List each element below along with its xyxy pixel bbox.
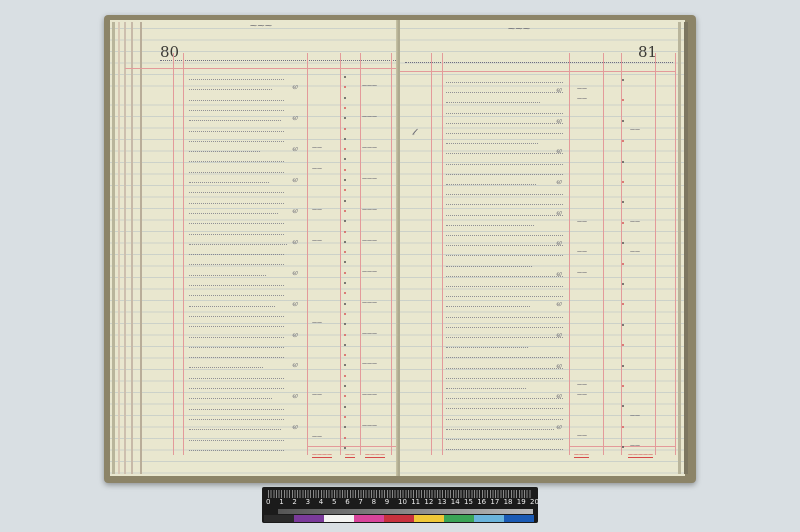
tick-mark [622,181,624,183]
handwritten-line [189,151,260,153]
handwritten-line [446,347,528,349]
header-rule-left [125,68,398,69]
column-rule [340,53,341,455]
tick-mark [344,313,346,315]
handwritten-line [446,368,563,370]
entry-mark: ഗ്ര [556,148,561,154]
tick-mark [344,231,346,233]
handwritten-line [189,316,284,318]
balance-figure: ⁓⁓⁓ [362,145,377,151]
tick-mark [344,447,346,449]
ruler-number: 17 [490,498,499,506]
entry-mark: ഗ്ര [556,393,561,399]
amount-figure: ⁓⁓ [577,96,587,102]
ruler-number: 0 [266,498,270,506]
tick-mark [622,365,624,367]
balance-figure: ⁓⁓⁓ [362,83,377,89]
ruler-number: 4 [319,498,323,506]
column-rule [655,53,656,455]
handwritten-line [446,378,563,380]
entry-mark: ഗ്ര [292,177,297,183]
handwritten-line [189,131,284,133]
running-head-right: ⁓⁓⁓ [508,25,531,33]
page-edge [112,22,115,474]
entry-mark: ഗ്ര [556,301,561,307]
ruler-number: 7 [358,498,362,506]
handwritten-line [189,347,284,349]
handwritten-line [189,172,284,174]
ruler-number: 2 [292,498,296,506]
entry-mark: ഗ്ര [556,271,561,277]
handwritten-line [446,357,563,359]
ruler-number: 19 [517,498,526,506]
handwritten-line [189,89,272,91]
handwritten-line [189,429,281,431]
amount-figure: ⁓⁓ [577,270,587,276]
tick-mark [344,138,346,140]
amount-figure: ⁓⁓ [312,145,322,151]
ruler-number: 8 [372,498,376,506]
tick-mark [622,79,624,81]
page-number-left: 80 [160,43,179,61]
balance-figure: ⁓⁓⁓ [362,176,377,182]
balance-figure: ⁓⁓ [630,249,640,255]
handwritten-line [189,419,284,421]
handwritten-line [446,296,563,298]
handwritten-line [189,367,263,369]
ruler-number: 1 [279,498,283,506]
tick-mark [344,375,346,377]
handwritten-line [446,123,563,125]
entry-mark: ഗ്ര [556,424,561,430]
tick-mark [622,426,624,428]
amount-figure: ⁓⁓ [577,382,587,388]
handwritten-line [446,82,563,84]
handwritten-line [446,429,554,431]
amount-figure: ⁓⁓ [577,249,587,255]
tick-mark [622,161,624,163]
handwritten-line [446,306,530,308]
handwritten-line [446,439,563,441]
entry-mark: ഗ്ര [292,270,297,276]
handwritten-line [189,223,284,225]
ruler-number: 16 [477,498,486,506]
amount-figure: ⁓⁓ [577,219,587,225]
handwritten-line [189,203,284,205]
handwritten-line [189,357,284,359]
ruler-ticks [268,490,532,498]
handwritten-line [446,235,563,237]
color-patch [444,515,474,522]
handwritten-line [189,326,284,328]
amount-figure: ⁓⁓ [312,434,322,440]
handwritten-line [189,295,284,297]
handwritten-line [446,194,563,196]
column-rule [360,53,361,455]
ruler-number: 20 [530,498,539,506]
total-right-2: ⁓⁓⁓⁓⁓ [628,452,653,458]
ruler-number: 5 [332,498,336,506]
handwritten-line [189,141,284,143]
total-rule-left [307,446,398,447]
tick-mark [622,283,624,285]
handwritten-line [189,285,284,287]
page-edge [131,22,133,474]
balance-figure: ⁓⁓ [630,443,640,449]
handwritten-line [446,419,563,421]
balance-figure: ⁓⁓⁓ [362,423,377,429]
tick-mark [344,344,346,346]
total-left-2: ⁓⁓ [345,452,355,458]
handwritten-line [189,337,284,339]
tick-mark [344,179,346,181]
ruler-number: 18 [504,498,513,506]
tick-mark [344,169,346,171]
page-edge [684,22,688,474]
handwritten-line [189,398,272,400]
ruler-number: 11 [411,498,420,506]
amount-figure: ⁓⁓ [312,166,322,172]
handwritten-line [189,275,266,277]
gray-band [278,509,533,514]
tick-mark [622,263,624,265]
tick-mark [622,222,624,224]
handwritten-line [446,286,563,288]
amount-figure: ⁓⁓ [312,207,322,213]
tick-mark [622,324,624,326]
handwritten-line [446,337,563,339]
tick-mark [344,437,346,439]
column-rule [173,53,174,455]
entry-mark: ഗ്ര [292,146,297,152]
column-rule [307,53,308,455]
amount-figure: ⁓⁓ [577,86,587,92]
handwritten-line [189,213,278,215]
column-rule [183,53,184,455]
handwritten-line [189,244,287,246]
handwritten-line [189,161,284,163]
color-patch [504,515,534,522]
handwritten-line [189,409,284,411]
amount-figure: ⁓⁓ [577,433,587,439]
balance-figure: ⁓⁓⁓ [362,114,377,120]
entry-mark: ഗ്ര [556,332,561,338]
page-edge [124,22,126,474]
handwritten-line [446,174,563,176]
tick-mark [344,76,346,78]
handwritten-line [446,225,534,227]
running-head-left: ⁓⁓⁓ [250,22,273,30]
color-patch [264,515,294,522]
handwritten-line [446,164,563,166]
amount-figure: ⁓⁓ [577,392,587,398]
handwritten-line [446,92,563,94]
handwritten-line [189,182,269,184]
balance-figure: ⁓⁓⁓ [362,269,377,275]
ruler-number: 15 [464,498,473,506]
entry-mark: ഗ്ര [292,424,297,430]
handwritten-line [189,100,284,102]
tick-mark [344,282,346,284]
handwritten-line [189,440,284,442]
ruler-number: 12 [424,498,433,506]
color-patch [414,515,444,522]
tick-mark [344,303,346,305]
balance-figure: ⁓⁓⁓ [362,361,377,367]
amount-figure: ⁓⁓ [312,392,322,398]
tick-mark [344,334,346,336]
color-patch [474,515,504,522]
entry-mark: ഗ്ര [292,362,297,368]
tick-mark [622,385,624,387]
handwritten-line [446,276,563,278]
handwritten-line [446,133,563,135]
ruler-number: 9 [385,498,389,506]
color-scale-ruler: 01234567891011121314151617181920 [262,487,538,523]
handwritten-line [446,388,526,390]
color-patch [384,515,414,522]
handwritten-line [189,378,284,380]
handwritten-line [446,143,538,145]
handwritten-line [189,234,284,236]
entry-mark: ഗ്ര [292,84,297,90]
color-patch [294,515,324,522]
entry-mark: ഗ്ര [556,87,561,93]
balance-figure: ⁓⁓⁓ [362,331,377,337]
column-rule [431,53,432,455]
handwritten-line [446,215,563,217]
entry-mark: ഗ്ര [556,240,561,246]
handwritten-line [189,264,284,266]
entry-mark: ഗ്ര [556,118,561,124]
column-rule [675,53,676,455]
handwritten-line [189,79,284,81]
entry-mark: ഗ്ര [556,210,561,216]
entry-mark: ഗ്ര [292,393,297,399]
handwritten-line [189,450,284,452]
handwritten-line [446,398,563,400]
ruler-number: 10 [398,498,407,506]
tick-mark [622,120,624,122]
entry-mark: ഗ്ര [292,115,297,121]
total-right-1: ⁓⁓⁓ [574,452,589,458]
tick-mark [344,416,346,418]
balance-figure: ⁓⁓⁓ [362,207,377,213]
column-rule [621,53,622,455]
entry-mark: ഗ്ര [292,301,297,307]
page-edge [140,22,142,474]
page-edge [678,22,681,474]
balance-figure: ⁓⁓⁓ [362,392,377,398]
tick-mark [344,272,346,274]
handwritten-line [189,306,275,308]
entry-mark: ഗ്ര [292,208,297,214]
column-rule [603,53,604,455]
handwritten-line [446,255,563,257]
tick-mark [344,128,346,130]
balance-figure: ⁓⁓⁓ [362,238,377,244]
tick-mark [344,406,346,408]
handwritten-line [189,254,284,256]
column-rule [569,53,570,455]
entry-mark: ഗ്ര [292,239,297,245]
handwritten-line [446,184,536,186]
tick-mark [344,200,346,202]
tick-mark [344,210,346,212]
handwritten-line [446,408,563,410]
tick-mark [344,107,346,109]
entry-mark: ഗ്ര [292,332,297,338]
heading-line-right [405,62,673,64]
ruler-number: 13 [438,498,447,506]
balance-figure: ⁓⁓ [630,219,640,225]
tick-mark [344,241,346,243]
handwritten-line [446,204,563,206]
total-left-1: ⁓⁓⁓⁓ [312,452,332,458]
handwritten-line [189,388,284,390]
handwritten-line [446,327,563,329]
balance-figure: ⁓⁓⁓ [362,300,377,306]
entry-mark: ഗ്ര [556,363,561,369]
ruler-number: 3 [306,498,310,506]
balance-figure: ⁓⁓ [630,413,640,419]
column-rule [442,53,443,455]
handwritten-line [189,192,284,194]
amount-figure: ⁓⁓ [312,238,322,244]
color-patch [324,515,354,522]
handwritten-line [189,120,281,122]
handwritten-line [446,102,540,104]
color-patch [354,515,384,522]
handwritten-line [446,245,563,247]
ruler-number: 14 [451,498,460,506]
handwritten-line [446,449,563,451]
handwritten-line [446,153,563,155]
entry-mark: ഗ്ര [556,179,561,185]
tick-mark [344,385,346,387]
ruler-number: 6 [345,498,349,506]
handwritten-line [446,113,563,115]
balance-figure: ⁓⁓ [630,127,640,133]
amount-figure: ⁓⁓ [312,320,322,326]
total-left-3: ⁓⁓⁓⁓ [365,452,385,458]
tick-mark [344,97,346,99]
handwritten-line [446,317,563,319]
handwritten-line [446,266,532,268]
page-edge [118,22,120,474]
margin-mark: 𝓁 [412,128,415,138]
handwritten-line [189,110,284,112]
column-rule [391,53,392,455]
